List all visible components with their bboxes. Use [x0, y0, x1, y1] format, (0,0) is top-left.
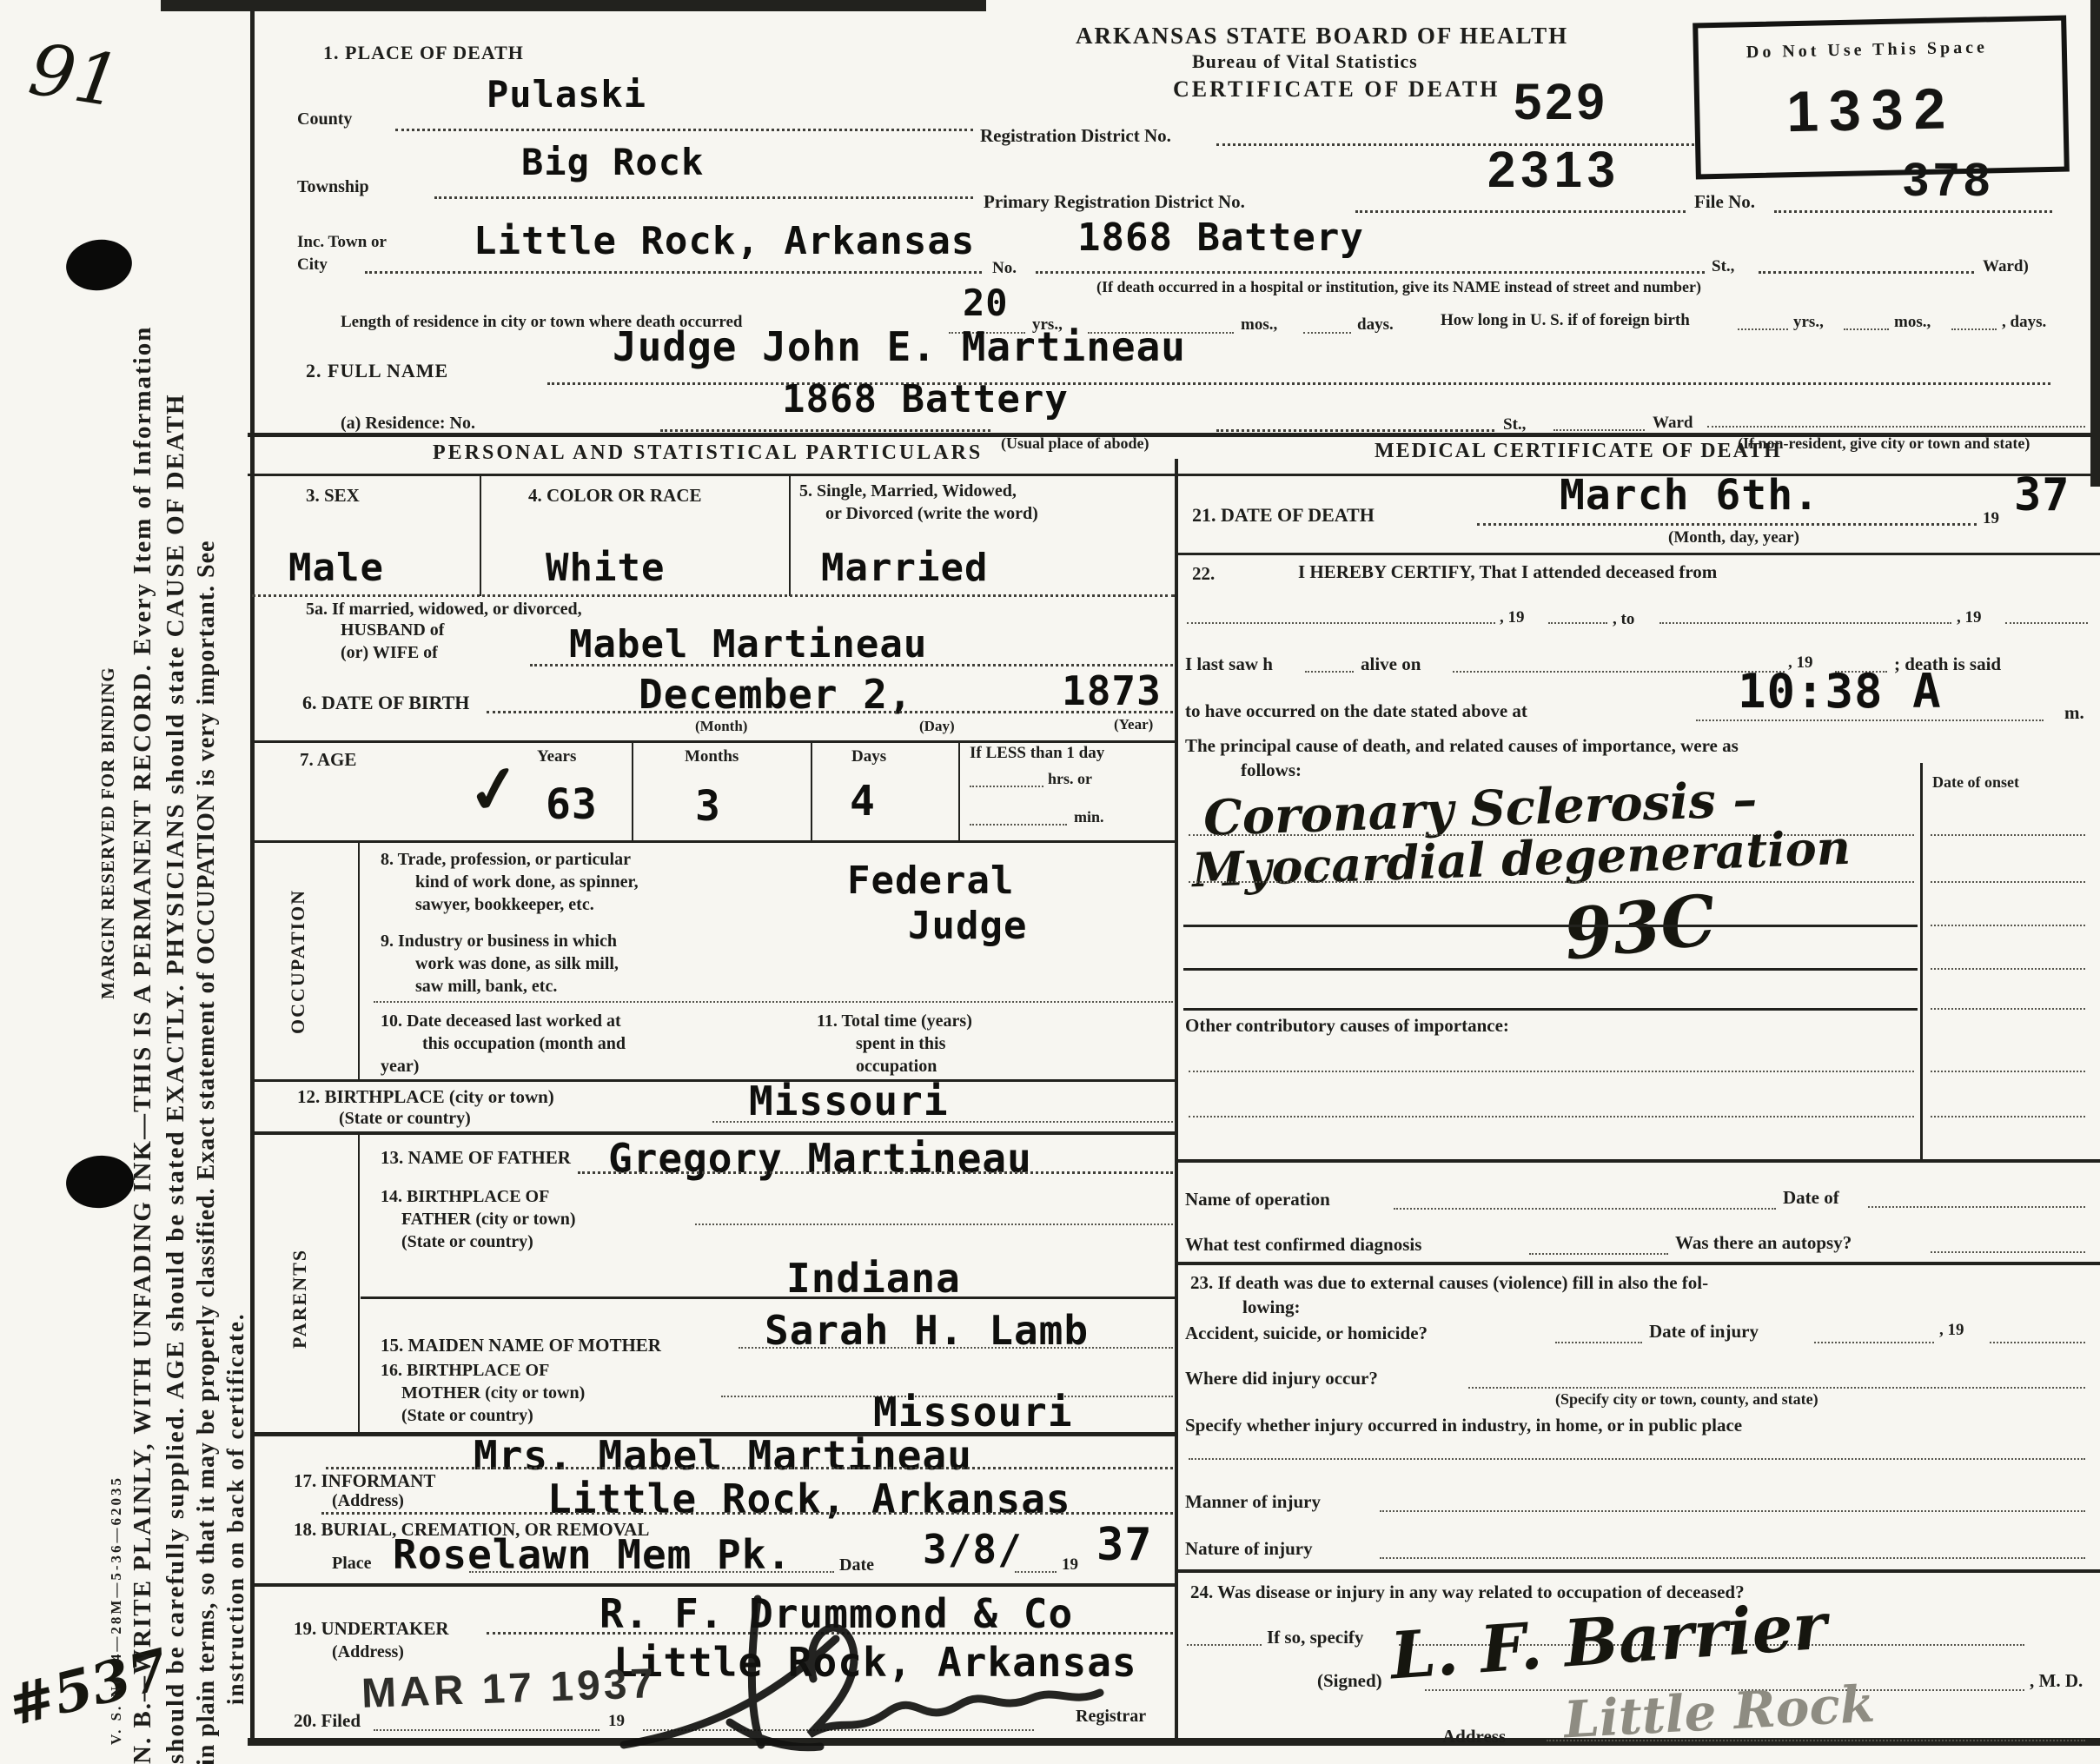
- manner-of-injury-label: Manner of injury: [1185, 1491, 1321, 1513]
- dotted-line: [1931, 968, 2085, 970]
- dotted-line: [252, 594, 1175, 597]
- m-label: m.: [2064, 702, 2084, 724]
- handwritten-page-number: 91: [23, 28, 126, 123]
- undertaker-address-label: (Address): [332, 1642, 404, 1662]
- hole-punch: [63, 235, 135, 295]
- registration-district-label: Registration District No.: [980, 125, 1171, 147]
- onset-column-line: [1920, 763, 1923, 1159]
- margin-nb-line4: instruction on back of certificate.: [222, 1312, 249, 1705]
- rule: [1178, 1262, 2100, 1265]
- age-years-header: Years: [537, 747, 576, 766]
- dotted-line: [326, 1467, 1173, 1469]
- dotted-line: [365, 271, 982, 274]
- dotted-line: [1951, 328, 1997, 330]
- cell-divider: [811, 743, 812, 840]
- dotted-line: [2005, 622, 2088, 624]
- box-number-stamp: 1332: [1786, 75, 1957, 144]
- dod-year-value: 37: [2014, 469, 2070, 521]
- burial-date-label: Date: [839, 1555, 874, 1575]
- md-label: , M. D.: [2030, 1670, 2083, 1692]
- dotted-line: [1303, 332, 1351, 334]
- dotted-line: [321, 1512, 1173, 1515]
- margin-nb-line2: should be carefully supplied. AGE should…: [162, 393, 190, 1764]
- bureau-subtitle: Bureau of Vital Statistics: [1192, 50, 1418, 73]
- dotted-line: [1931, 1008, 2085, 1010]
- occupation-11-label-3: occupation: [856, 1057, 937, 1077]
- township-label: Township: [297, 177, 369, 197]
- mos-label: mos.,: [1241, 315, 1277, 335]
- occupation-9-label-2: work was done, as silk mill,: [415, 954, 619, 974]
- hospital-note: (If death occurred in a hospital or inst…: [1096, 278, 1701, 296]
- dotted-line: [1015, 1571, 1057, 1573]
- date-of-injury-label: Date of injury: [1649, 1321, 1759, 1343]
- dotted-line: [434, 196, 973, 199]
- dotted-line: [1814, 1342, 1934, 1343]
- dotted-line: [1931, 881, 2085, 883]
- date-of-label: Date of: [1783, 1187, 1839, 1209]
- residence-st-label: St.,: [1503, 415, 1526, 434]
- occupation-side-label: OCCUPATION: [287, 889, 309, 1034]
- city-label-2: City: [297, 255, 328, 275]
- dotted-line: [1931, 925, 2085, 926]
- occupation-9-label-3: saw mill, bank, etc.: [415, 977, 557, 997]
- do-not-use-label: Do Not Use This Space: [1746, 37, 1989, 63]
- county-value: Pulaski: [487, 73, 646, 116]
- board-title: ARKANSAS STATE BOARD OF HEALTH: [1076, 23, 1568, 50]
- date-of-death-value: March 6th.: [1560, 471, 1819, 520]
- age-days-header: Days: [851, 747, 886, 766]
- dotted-line: [1380, 1510, 2085, 1512]
- rule: [250, 740, 1176, 743]
- age-label: 7. AGE: [300, 749, 356, 771]
- mother-birthplace-value: Missouri: [873, 1389, 1073, 1436]
- burial-year-value: 37: [1096, 1519, 1153, 1571]
- bracket-line: [358, 1135, 360, 1432]
- birthplace-value: Missouri: [749, 1078, 949, 1124]
- cell-divider: [632, 743, 633, 840]
- external-causes-label-2: lowing:: [1242, 1296, 1301, 1318]
- year-sublabel: (Year): [1114, 716, 1153, 733]
- dotted-line: [374, 1729, 600, 1731]
- to-19-label: , 19: [1957, 608, 1982, 627]
- dotted-line: [1931, 1251, 2085, 1253]
- foreign-birth-label: How long in U. S. if of foreign birth: [1441, 311, 1690, 330]
- spouse-label-1: 5a. If married, widowed, or divorced,: [306, 600, 582, 620]
- rule: [361, 1296, 1176, 1299]
- occupation-10-label-2: this occupation (month and: [422, 1034, 626, 1054]
- dotted-line: [547, 382, 2050, 385]
- dotted-line: [1380, 1557, 2085, 1559]
- abode-note: (Usual place of abode): [1001, 434, 1149, 453]
- birthplace-label-2: (State or country): [339, 1109, 471, 1129]
- physician-signature: L. F. Barrier: [1388, 1589, 1830, 1694]
- rule: [1178, 1569, 2100, 1573]
- margin-nb-line1: N. B.—WRITE PLAINLY, WITH UNFADING INK—T…: [129, 326, 157, 1764]
- dotted-line: [1931, 1071, 2085, 1072]
- age-months-value: 3: [695, 782, 721, 831]
- dotted-line: [1189, 1071, 1914, 1072]
- occurred-label: to have occurred on the date stated abov…: [1185, 700, 1527, 722]
- external-causes-label-1: 23. If death was due to external causes …: [1190, 1272, 1708, 1294]
- occupation-8-label-1: 8. Trade, profession, or particular: [381, 850, 631, 870]
- father-birthplace-label-2: FATHER (city or town): [401, 1210, 576, 1230]
- st-label: St.,: [1712, 257, 1734, 276]
- dotted-line: [1759, 271, 1974, 274]
- last-saw-label: I last saw h: [1185, 653, 1273, 675]
- residence-years-value: 20: [963, 282, 1009, 324]
- street-no-label: No.: [992, 259, 1017, 278]
- margin-nb-line3: in plain terms, so that it may be proper…: [193, 540, 221, 1764]
- dotted-line: [739, 1347, 1173, 1349]
- dotted-line: [1394, 1208, 1776, 1210]
- full-name-section: 2. FULL NAME: [306, 360, 448, 382]
- injury-19-label: , 19: [1939, 1321, 1964, 1340]
- dotted-line: [1355, 210, 1686, 213]
- min-label: min.: [1074, 808, 1104, 826]
- dotted-line: [1844, 328, 1889, 330]
- occupation-8-label-3: sawyer, bookkeeper, etc.: [415, 895, 594, 915]
- dotted-line: [1548, 622, 1607, 624]
- file-no-stamp: 378: [1903, 153, 1994, 207]
- father-birthplace-label-3: (State or country): [401, 1232, 533, 1252]
- dotted-line: [1187, 1644, 1262, 1646]
- dotted-line: [1931, 1116, 2085, 1117]
- alive-on-label: alive on: [1361, 653, 1421, 675]
- sex-label: 3. SEX: [306, 485, 360, 507]
- dotted-line: [1187, 622, 1495, 624]
- dotted-line: [660, 429, 990, 432]
- mother-birthplace-label-2: MOTHER (city or town): [401, 1383, 585, 1403]
- dotted-line: [695, 1224, 1173, 1225]
- registrar-signature: [608, 1575, 1164, 1757]
- dotted-line: [578, 1171, 1173, 1174]
- contributory-label: Other contributory causes of importance:: [1185, 1015, 1509, 1037]
- dotted-line: [1216, 143, 1694, 146]
- occupation-10-label-1: 10. Date deceased last worked at: [381, 1011, 621, 1031]
- dotted-line: [469, 1571, 834, 1573]
- burial-place-label: Place: [332, 1554, 372, 1574]
- days2-label: , days.: [2002, 313, 2046, 332]
- occupation-value-1: Federal: [847, 859, 1014, 903]
- cell-divider: [480, 476, 481, 596]
- day-sublabel: (Day): [919, 718, 955, 735]
- dotted-line: [1189, 1116, 1914, 1117]
- rule: [1183, 968, 1918, 971]
- month-day-year-sublabel: (Month, day, year): [1668, 528, 1799, 547]
- specify-whether-label: Specify whether injury occurred in indus…: [1185, 1415, 1742, 1436]
- spouse-label-2: HUSBAND of: [341, 620, 444, 640]
- dotted-line: [970, 824, 1067, 826]
- dotted-line: [1529, 1253, 1668, 1255]
- rule: [1178, 1159, 2100, 1163]
- rule: [1183, 925, 1918, 927]
- dod-19-label: 19: [1983, 509, 1999, 528]
- less-than-day-header: If LESS than 1 day: [970, 744, 1104, 763]
- county-label: County: [297, 109, 352, 129]
- physician-address-label: Address: [1442, 1726, 1506, 1747]
- dotted-line: [374, 1001, 1173, 1003]
- dotted-line: [530, 664, 1173, 666]
- test-label: What test confirmed diagnosis: [1185, 1234, 1421, 1256]
- informant-address-label: (Address): [332, 1491, 404, 1511]
- certify-text: I HEREBY CERTIFY, That I attended deceas…: [1298, 561, 1717, 583]
- full-name-value: Judge John E. Martineau: [613, 323, 1186, 370]
- dotted-line: [712, 1121, 1173, 1123]
- residence-label: (a) Residence: No.: [341, 414, 475, 434]
- spouse-value: Mabel Martineau: [569, 622, 927, 666]
- from-19-label: , 19: [1500, 608, 1525, 627]
- scan-top-bar: [161, 0, 986, 11]
- time-of-death-value: 10:38 A: [1738, 664, 1942, 719]
- dotted-line: [1555, 1342, 1642, 1343]
- father-birthplace-value: Indiana: [786, 1255, 961, 1302]
- dotted-line: [1305, 671, 1354, 673]
- occupation-8-label-2: kind of work done, as spinner,: [415, 872, 639, 892]
- birthplace-label-1: 12. BIRTHPLACE (city or town): [297, 1086, 554, 1108]
- marital-value: Married: [821, 546, 988, 590]
- dob-year-value: 1873: [1062, 667, 1162, 714]
- date-of-death-label: 21. DATE OF DEATH: [1192, 504, 1375, 527]
- occupation-11-label-1: 11. Total time (years): [817, 1011, 972, 1031]
- certificate-title: CERTIFICATE OF DEATH: [1173, 76, 1500, 103]
- cause-code: 93C: [1560, 879, 1720, 976]
- form-left-border: [250, 9, 255, 1745]
- dotted-line: [395, 129, 973, 131]
- hrs-label: hrs. or: [1048, 770, 1092, 788]
- ward-label: Ward): [1983, 257, 2029, 276]
- bracket-line: [358, 840, 360, 1079]
- dotted-line: [1547, 1740, 2085, 1741]
- principal-cause-label-1: The principal cause of death, and relate…: [1185, 735, 1739, 757]
- age-days-value: 4: [850, 777, 876, 826]
- occupation-11-label-2: spent in this: [856, 1034, 945, 1054]
- race-value: White: [546, 546, 665, 590]
- dotted-line: [1468, 1387, 2085, 1389]
- margin-form-code: V. S. No. 4—28M—5-36—62035: [108, 1476, 125, 1745]
- signed-label: (Signed): [1317, 1670, 1382, 1692]
- specify-city-note: (Specify city or town, county, and state…: [1555, 1390, 1818, 1409]
- occupation-10-label-3: year): [381, 1057, 419, 1077]
- spouse-label-3: (or) WIFE of: [341, 643, 438, 663]
- dotted-line: [1990, 1342, 2085, 1343]
- yrs2-label: yrs.,: [1793, 313, 1824, 332]
- dotted-line: [1868, 1206, 2085, 1208]
- dotted-line: [970, 786, 1043, 787]
- dotted-line: [1477, 523, 1977, 526]
- residence-street-value: 1868 Battery: [782, 377, 1069, 421]
- dotted-line: [1659, 622, 1951, 624]
- undertaker-label: 19. UNDERTAKER: [294, 1618, 449, 1640]
- mos2-label: mos.,: [1894, 313, 1931, 332]
- particulars-title: PERSONAL AND STATISTICAL PARTICULARS: [433, 441, 983, 465]
- city-label-1: Inc. Town or: [297, 233, 387, 252]
- informant-name-value: Mrs. Mabel Martineau: [474, 1432, 972, 1479]
- residence-ward-label: Ward: [1653, 414, 1693, 433]
- father-name-label: 13. NAME OF FATHER: [381, 1147, 571, 1169]
- file-no-label: File No.: [1694, 191, 1755, 213]
- mother-birthplace-label-3: (State or country): [401, 1406, 533, 1426]
- filed-label: 20. Filed: [294, 1710, 361, 1732]
- dotted-line: [1707, 426, 2085, 428]
- informant-label: 17. INFORMANT: [294, 1470, 435, 1492]
- burial-date-value: 3/8/: [923, 1526, 1023, 1573]
- margin-binding-note: MARGIN RESERVED FOR BINDING: [97, 666, 119, 999]
- dotted-line: [1216, 429, 1494, 432]
- marital-label-1: 5. Single, Married, Widowed,: [799, 481, 1017, 501]
- nature-of-injury-label: Nature of injury: [1185, 1538, 1313, 1560]
- days-label: days.: [1357, 315, 1394, 335]
- do-not-use-box: Do Not Use This Space 1332: [1693, 16, 2070, 180]
- age-years-value: 63: [546, 780, 598, 829]
- registration-district-stamp: 529: [1514, 73, 1608, 131]
- dotted-line: [1553, 429, 1645, 431]
- parents-side-label: PARENTS: [288, 1249, 311, 1349]
- death-certificate-scan: 91 #537 MARGIN RESERVED FOR BINDING V. S…: [0, 0, 2100, 1764]
- dob-label: 6. DATE OF BIRTH: [302, 692, 469, 714]
- hole-punch: [63, 1152, 136, 1211]
- if-so-specify-label: If so, specify: [1267, 1627, 1363, 1648]
- certify-number: 22.: [1192, 563, 1215, 585]
- accident-label: Accident, suicide, or homicide?: [1185, 1323, 1428, 1344]
- mother-name-label: 15. MAIDEN NAME OF MOTHER: [381, 1335, 661, 1356]
- rule: [1178, 553, 2100, 555]
- dotted-line: [1931, 834, 2085, 836]
- father-birthplace-label-1: 14. BIRTHPLACE OF: [381, 1187, 549, 1207]
- scan-right-bar: [2090, 0, 2100, 487]
- dotted-line: [1774, 210, 2052, 213]
- rule: [1183, 1008, 1918, 1011]
- dotted-line: [1696, 720, 2044, 721]
- dotted-line: [487, 711, 1173, 713]
- medical-title: MEDICAL CERTIFICATE OF DEATH: [1375, 440, 1782, 463]
- marital-label-2: or Divorced (write the word): [825, 504, 1038, 524]
- age-months-header: Months: [685, 747, 739, 766]
- where-injury-label: Where did injury occur?: [1185, 1368, 1378, 1389]
- autopsy-label: Was there an autopsy?: [1675, 1232, 1852, 1254]
- sex-value: Male: [288, 546, 384, 590]
- dotted-line: [1453, 671, 1785, 673]
- burial-19-label: 19: [1062, 1555, 1078, 1575]
- to-label: , to: [1613, 610, 1634, 629]
- race-label: 4. COLOR OR RACE: [528, 485, 702, 507]
- dotted-line: [1189, 1458, 2085, 1460]
- titles-underline: [248, 474, 2100, 476]
- father-name-value: Gregory Martineau: [608, 1135, 1032, 1182]
- principal-cause-label-2: follows:: [1241, 759, 1302, 781]
- cell-divider: [789, 476, 791, 596]
- date-of-onset-header: Date of onset: [1932, 773, 2019, 792]
- township-value: Big Rock: [521, 141, 704, 183]
- occupation-value-2: Judge: [908, 904, 1027, 948]
- dotted-line: [1189, 881, 1914, 883]
- mother-birthplace-label-1: 16. BIRTHPLACE OF: [381, 1361, 549, 1381]
- age-checkmark: ✓: [462, 749, 526, 831]
- dotted-line: [1738, 328, 1788, 330]
- rule: [250, 1079, 1176, 1082]
- center-divider: [1175, 459, 1178, 1740]
- place-of-death-section: 1. PLACE OF DEATH: [323, 42, 524, 64]
- informant-address-value: Little Rock, Arkansas: [547, 1476, 1071, 1522]
- rule: [250, 840, 1176, 843]
- street-value: 1868 Battery: [1077, 216, 1364, 260]
- primary-district-stamp: 2313: [1487, 141, 1620, 199]
- occupation-9-label-1: 9. Industry or business in which: [381, 932, 617, 952]
- operation-label: Name of operation: [1185, 1189, 1330, 1210]
- dotted-line: [1036, 271, 1705, 274]
- month-sublabel: (Month): [695, 718, 747, 735]
- city-value: Little Rock, Arkansas: [474, 219, 975, 263]
- primary-district-label: Primary Registration District No.: [984, 191, 1245, 213]
- cell-divider: [958, 743, 960, 840]
